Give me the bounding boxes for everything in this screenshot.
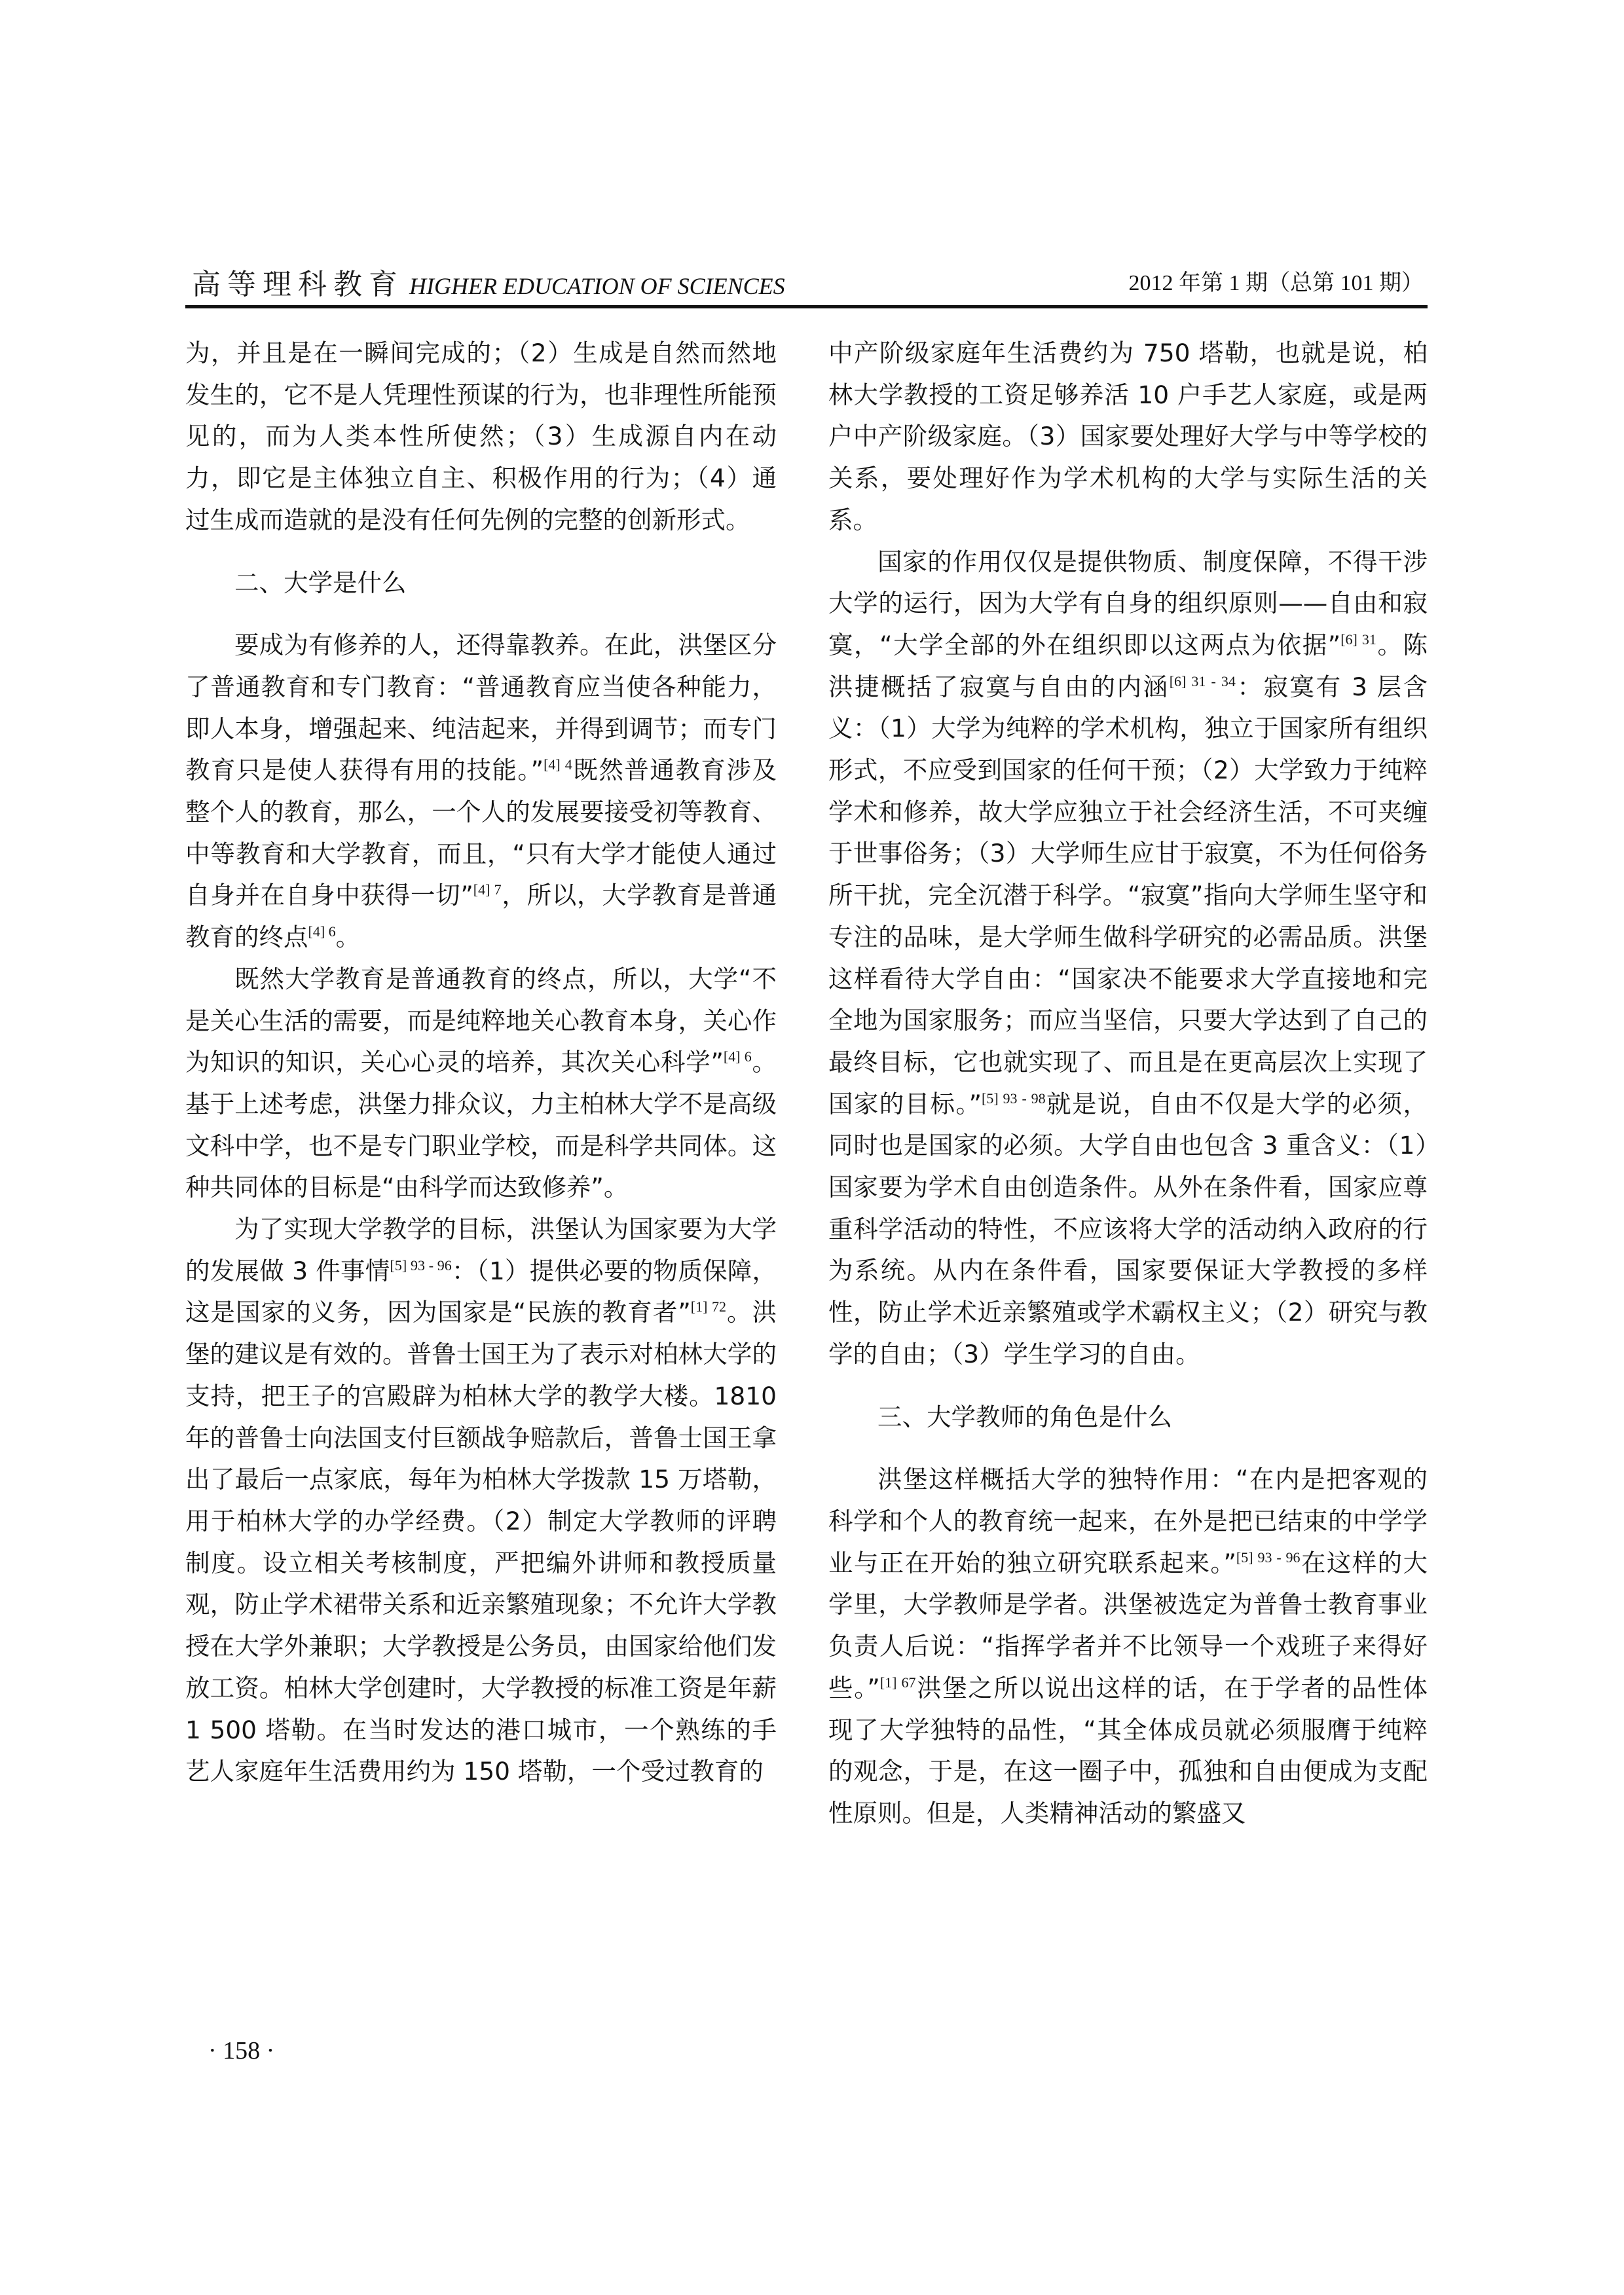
paragraph: 要成为有修养的人，还得靠教养。在此，洪堡区分了普通教育和专门教育：“普通教育应当… [185,625,777,959]
paragraph-text: 。洪堡的建议是有效的。普鲁士国王为了表示对柏林大学的支持，把王子的宫殿辟为柏林大… [185,1298,777,1786]
page-number: · 158 · [208,2036,274,2065]
paragraph: 国家的作用仅仅是提供物质、制度保障，不得干涉大学的运行，因为大学有自身的组织原则… [828,542,1428,1376]
section-heading-2: 二、大学是什么 [185,562,777,604]
paragraph: 洪堡这样概括大学的独特作用：“在内是把客观的科学和个人的教育统一起来，在外是把已… [828,1459,1428,1834]
header-rule [185,305,1428,308]
citation: [6] 31 [1340,631,1376,648]
journal-brand: 高等理科教育 HIGHER EDUCATION OF SCIENCES [192,261,785,303]
citation: [5] 93 - 96 [1236,1549,1301,1566]
running-header: 高等理科教育 HIGHER EDUCATION OF SCIENCES 2012… [185,261,1428,300]
paragraph: 为了实现大学教学的目标，洪堡认为国家要为大学的发展做 3 件事情[5] 93 -… [185,1209,777,1793]
paragraph-text: 既然大学教育是普通教育的终点，所以，大学“不是关心生活的需要，而是纯粹地关心教育… [185,964,777,1076]
citation: [6] 31 - 34 [1170,673,1236,689]
journal-title-en: HIGHER EDUCATION OF SCIENCES [409,272,785,300]
paragraph-text: 。 [336,923,361,951]
paragraph-continued: 为，并且是在一瞬间完成的；（2）生成是自然而然地发生的，它不是人凭理性预谋的行为… [185,333,777,542]
paragraph: 既然大学教育是普通教育的终点，所以，大学“不是关心生活的需要，而是纯粹地关心教育… [185,959,777,1209]
section-heading-3: 三、大学教师的角色是什么 [828,1397,1428,1439]
citation: [4] 4 [544,756,572,773]
citation: [1] 72 [691,1298,726,1315]
paragraph-text: 就是说，自由不仅是大学的必须，同时也是国家的必须。大学自由也包含 3 重含义：（… [828,1090,1428,1368]
citation: [4] 6 [308,923,336,940]
right-column: 中产阶级家庭年生活费约为 750 塔勒，也就是说，柏林大学教授的工资足够养活 1… [828,333,1428,1835]
citation: [1] 67 [880,1674,916,1691]
paragraph-text: 洪堡之所以说出这样的话，在于学者的品性体现了大学独特的品性，“其全体成员就必须服… [828,1674,1428,1827]
citation: [4] 6 [724,1048,752,1065]
citation: [4] 7 [473,881,502,898]
paragraph-text: ：寂寞有 3 层含义：（1）大学为纯粹的学术机构，独立于国家所有组织形式，不应受… [828,672,1428,1118]
journal-title-cn: 高等理科教育 [192,261,404,303]
citation: [5] 93 - 96 [390,1257,452,1274]
left-column: 为，并且是在一瞬间完成的；（2）生成是自然而然地发生的，它不是人凭理性预谋的行为… [185,333,777,1793]
paragraph-continued: 中产阶级家庭年生活费约为 750 塔勒，也就是说，柏林大学教授的工资足够养活 1… [828,333,1428,542]
issue-info: 2012 年第 1 期（总第 101 期） [1129,265,1424,297]
citation: [5] 93 - 98 [982,1090,1046,1107]
paragraph-text: 国家的作用仅仅是提供物质、制度保障，不得干涉大学的运行，因为大学有自身的组织原则… [828,547,1428,659]
